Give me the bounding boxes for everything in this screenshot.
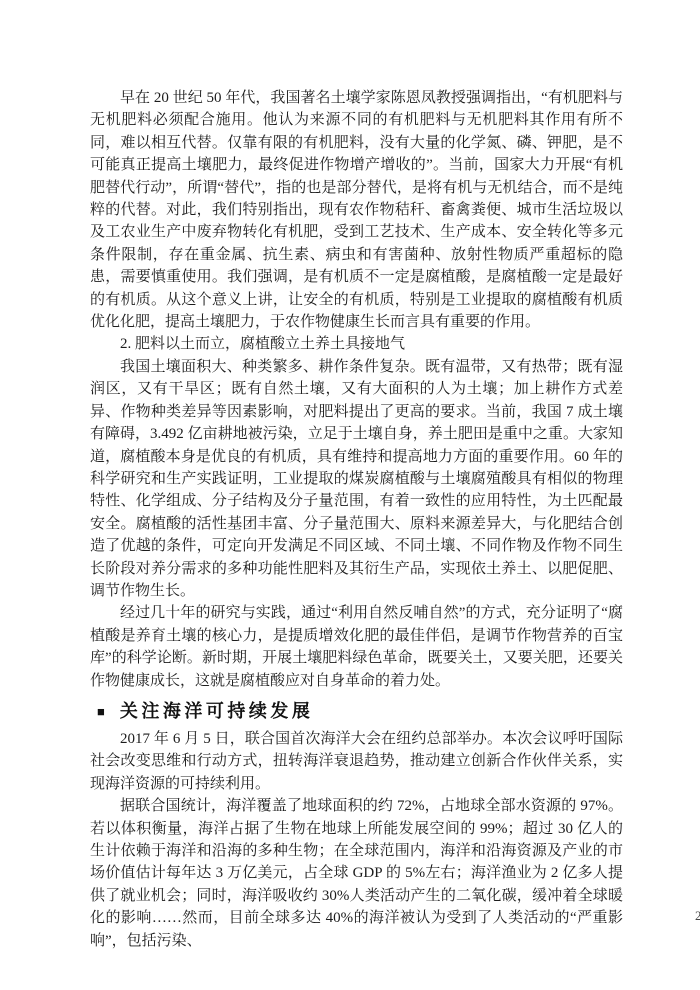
page-number: 2: [695, 908, 700, 924]
body-paragraph-organic-fertilizer: 早在 20 世纪 50 年代，我国著名土壤学家陈恩凤教授强调指出，“有机肥料与无…: [90, 87, 623, 333]
section-heading-text: 关注海洋可持续发展: [120, 701, 314, 721]
body-paragraph-ocean-conference: 2017 年 6 月 5 日，联合国首次海洋大会在纽约总部举办。本次会议呼吁国际…: [90, 728, 623, 795]
section-heading: ■关注海洋可持续发展: [90, 696, 623, 728]
numbered-subheading: 2. 肥料以土而立，腐植酸立土养土具接地气: [90, 333, 623, 355]
body-paragraph-soil-types: 我国土壤面积大、种类繁多、耕作条件复杂。既有温带，又有热带；既有湿润区，又有干旱…: [90, 356, 623, 602]
square-bullet-icon: ■: [97, 697, 105, 727]
document-page: 早在 20 世纪 50 年代，我国著名土壤学家陈恩凤教授强调指出，“有机肥料与无…: [0, 0, 700, 990]
body-paragraph-humic-acid-conclusion: 经过几十年的研究与实践，通过“利用自然反哺自然”的方式，充分证明了“腐植酸是养育…: [90, 602, 623, 692]
text-content: 早在 20 世纪 50 年代，我国著名土壤学家陈恩凤教授强调指出，“有机肥料与无…: [90, 87, 623, 952]
body-paragraph-ocean-statistics: 据联合国统计，海洋覆盖了地球面积的约 72%，占地球全部水资源的 97%。若以体…: [90, 795, 623, 952]
